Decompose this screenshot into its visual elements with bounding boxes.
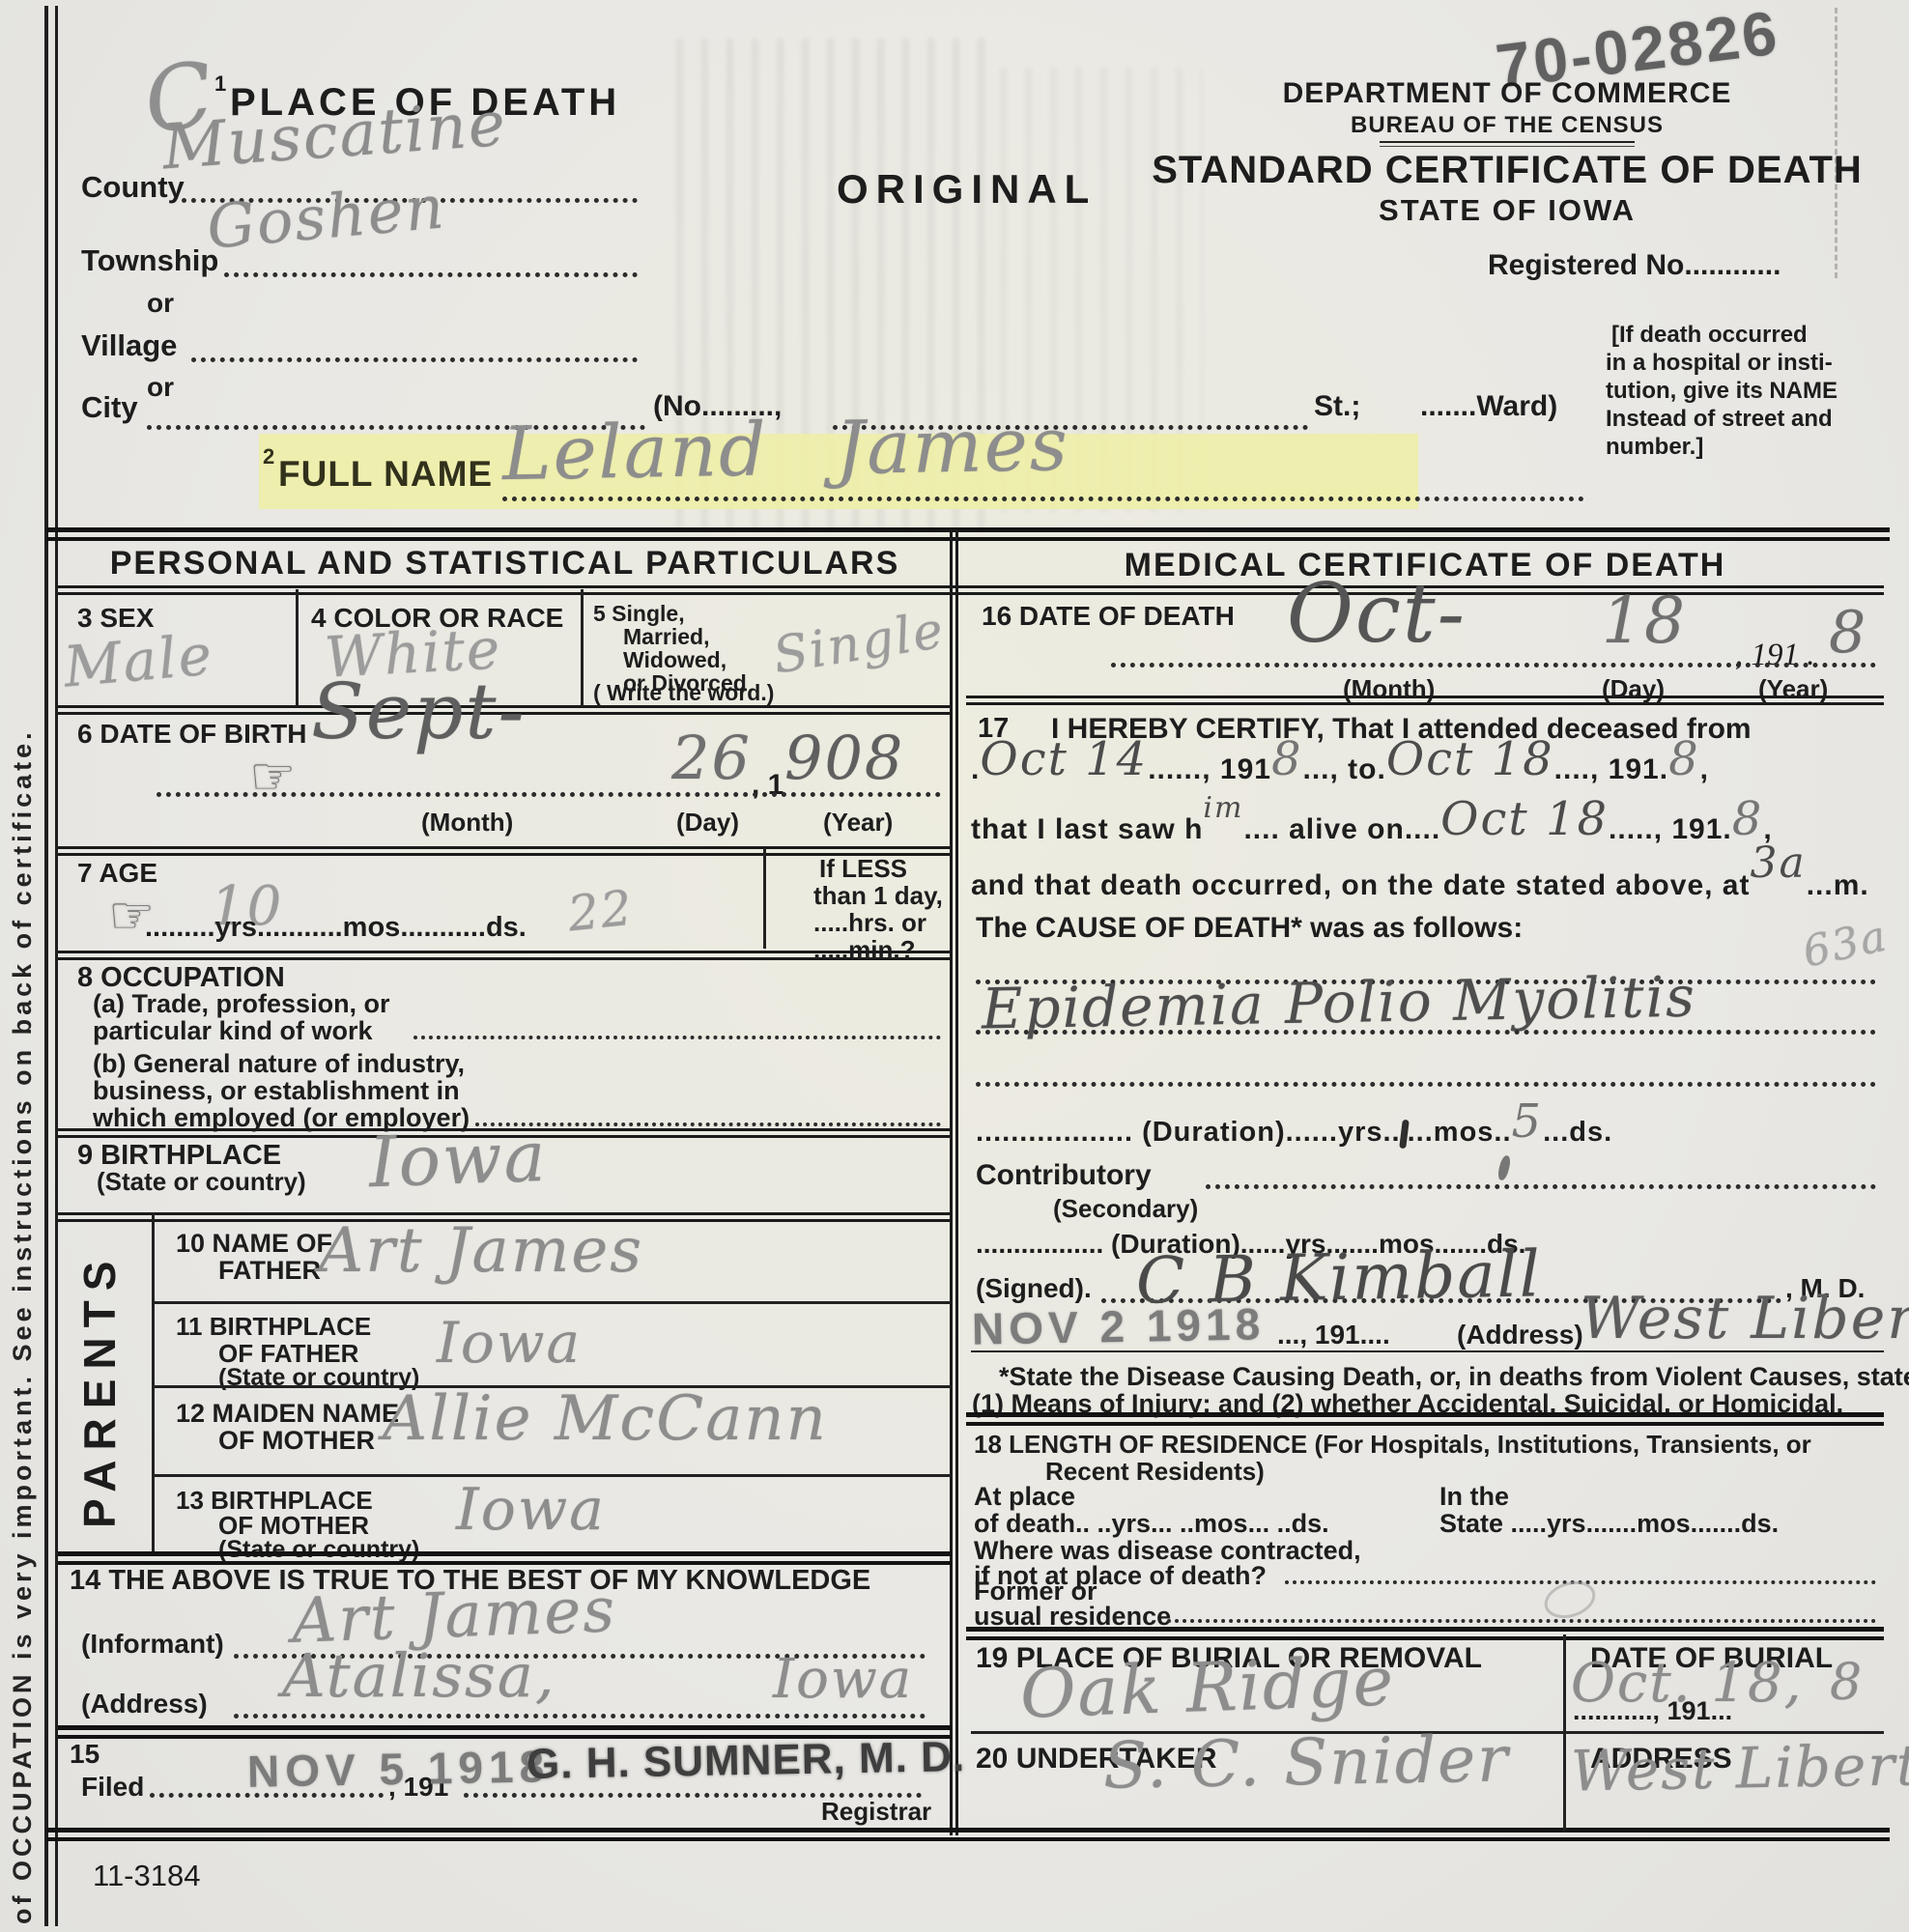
former-dotted-line [1167,1619,1876,1623]
in-state-label-1: In the [1439,1482,1509,1512]
place-of-death-superscript: 1 [214,71,226,97]
city-st-segment: St.; [1314,390,1360,423]
age-days-handwriting: 22 [565,880,636,943]
informant-address-label: (Address) [81,1689,208,1719]
certify-line-occurred: and that death occurred, on the date sta… [971,869,1869,902]
form-number: 11-3184 [93,1859,200,1893]
village-dotted-line [191,357,638,362]
fullname-value-handwriting: Leland James [501,401,1069,497]
residence-label-2: Recent Residents) [1045,1457,1265,1487]
occupation-a-line2: particular kind of work [93,1016,373,1046]
certificate-title: STANDARD CERTIFICATE OF DEATH [1121,149,1894,192]
secondary-label: (Secondary) [1053,1194,1198,1224]
dod-year-printed: , 191 . [1735,638,1815,673]
ink-mark [1496,1154,1512,1181]
filed-date-stamp: NOV 5 1918 [247,1740,551,1797]
undertaker-divider [1563,1734,1566,1831]
cause-duration-line: .................. (Duration)......yrs..… [976,1117,1612,1149]
township-label: Township [81,243,218,278]
dob-dotted-line [157,792,941,797]
age-units-line: .........yrs...........mos...........ds. [145,912,527,944]
bureau-underline [1380,141,1635,147]
informant-label: (Informant) [81,1629,224,1660]
footnote-line-1: *State the Disease Causing Death, or, in… [999,1362,1909,1392]
signed-date-stamp: NOV 2 1918 [972,1297,1266,1354]
filed-label: Filed [81,1772,144,1803]
fullname-dotted-line [502,497,1584,501]
from-year-handwriting: 8 [1271,732,1303,786]
cause-dotted-line-2 [976,1030,1876,1035]
dob-day-label: (Day) [676,808,739,838]
state-title: STATE OF IOWA [1121,193,1894,228]
dod-year-handwriting: 8 [1829,599,1867,667]
or-label-1: or [147,288,174,319]
village-label: Village [81,328,177,363]
parents-divider [152,1212,155,1552]
burial-place-handwriting: Oak Ridge [1019,1641,1397,1733]
physician-address-label: (Address) [1457,1320,1583,1350]
at-place-label-2: of death.. ..yrs... ..mos... ..ds. [974,1509,1329,1539]
father-birthplace-handwriting: Iowa [437,1310,582,1376]
physician-address-handwriting: West Liberty [1581,1285,1909,1352]
row-rule-thick [966,1412,1884,1426]
sex-value-handwriting: Male [61,621,215,699]
original-label: ORIGINAL [837,166,1097,213]
fullname-label: FULL NAME [278,454,493,495]
race-marital-divider [581,589,584,707]
him-handwriting: im [1203,791,1243,825]
father-name-handwriting: Art James [319,1215,643,1287]
center-column-divider [950,529,958,1835]
undertaker-address-handwriting: West Liberty [1570,1732,1909,1804]
margin-occupation-note: of OCCUPATION is very important. See ins… [8,728,38,1924]
pointing-hand-icon: ☞ [249,746,296,807]
cause-of-death-label: The CAUSE OF DEATH* was as follows: [976,912,1523,945]
section-divider-rule [46,527,1890,541]
attended-from-handwriting: Oct 14 [980,732,1148,786]
parents-vertical-label: PARENTS [73,1252,126,1528]
city-label: City [81,390,138,425]
pencil-code-63a: 63a [1799,911,1893,977]
dob-month-handwriting: Sept- [311,667,527,756]
registered-no-label: Registered No............ [1488,249,1781,282]
contributory-dotted-line [1206,1184,1876,1189]
lastseen-date-handwriting: Oct 18 [1440,792,1609,846]
sex-race-divider [296,589,299,707]
birthplace-sub-label: (State or country) [97,1167,306,1197]
registrar-label: Registrar [821,1797,931,1827]
row-rule [58,846,952,856]
attended-to-handwriting: Oct 18 [1386,732,1554,786]
cause-dotted-line-3 [976,1082,1876,1087]
bureau-line: BUREAU OF THE CENSUS [1237,112,1778,139]
dob-year-handwriting: 908 [784,723,904,793]
father-name-label-1: 10 NAME OF [176,1229,332,1259]
bottom-rule [46,1828,1890,1841]
left-page-border [44,6,58,1926]
informant-address-handwriting-1: Atalissa, [282,1640,556,1711]
in-state-label-2: State .....yrs.......mos.......ds. [1439,1509,1779,1539]
certify-line-lastseen: that I last saw him.... alive on....Oct … [971,813,1773,846]
dod-label: 16 DATE OF DEATH [982,601,1235,632]
death-time-handwriting: 3a [1750,838,1806,888]
fullname-superscript: 2 [263,444,274,469]
township-value-handwriting: Goshen [204,171,448,262]
left-section-title: PERSONAL AND STATISTICAL PARTICULARS [58,545,952,582]
parents-row-rule [152,1301,952,1304]
dod-month-handwriting: Oct- [1287,566,1467,661]
or-label-2: or [147,372,174,403]
township-dotted-line [224,272,638,277]
burial-divider [1563,1634,1566,1733]
residence-label-1: 18 LENGTH OF RESIDENCE (For Hospitals, I… [974,1430,1811,1460]
right-margin-dashed-line [1835,8,1838,278]
birthplace-value-handwriting: Iowa [368,1116,549,1203]
row-rule [58,951,952,960]
dod-day-handwriting: 18 [1602,583,1687,658]
death-certificate-scan: of OCCUPATION is very important. See ins… [0,0,1909,1932]
address-dotted-line [234,1714,926,1719]
father-birthplace-label-1: 11 BIRTHPLACE [176,1312,371,1342]
department-line: DEPARTMENT OF COMMERCE [1237,77,1778,110]
undertaker-handwriting: S. C. Snider [1102,1721,1510,1803]
dob-year-label: (Year) [823,808,893,838]
mother-maiden-handwriting: Allie McCann [383,1383,828,1455]
mother-birthplace-handwriting: Iowa [456,1476,606,1544]
signed-label: (Signed). [976,1273,1092,1304]
dob-day-handwriting: 26 [671,723,752,793]
occupation-b-line1: (b) General nature of industry, [93,1049,465,1079]
father-name-label-2: FATHER [218,1256,321,1286]
mother-maiden-label-1: 12 MAIDEN NAME [176,1399,399,1429]
contributory-label: Contributory [976,1159,1152,1192]
age-ifless-divider [763,848,766,949]
city-ward-segment: .......Ward) [1420,390,1557,423]
burial-date-printed-line: ..........., 191... [1573,1696,1732,1726]
informant-address-handwriting-2: Iowa [773,1648,913,1711]
occupation-b-line2: business, or establishment in [93,1076,460,1106]
dob-month-label: (Month) [421,808,513,838]
occupation-a-dotted [413,1036,941,1039]
at-place-label-1: At place [974,1482,1075,1512]
dod-dotted-line [1111,663,1876,668]
row-rule-thick [58,1551,952,1565]
to-year-handwriting: 8 [1668,732,1700,786]
registrar-name-stamp: G. H. SUMNER, M. D. [527,1733,966,1789]
row-rule [966,696,1884,705]
mother-maiden-label-2: OF MOTHER [218,1426,375,1456]
duration-days-handwriting: 5 [1512,1094,1544,1149]
occupation-a-line1: (a) Trade, profession, or [93,989,390,1019]
marital-value-handwriting: Single [769,601,949,685]
burial-date-year-handwriting: 8 [1830,1654,1864,1712]
row-rule-thick [966,1627,1884,1640]
signed-year-printed: ..., 191.... [1277,1320,1390,1350]
filed-number: 15 [70,1739,100,1770]
footnote-rule [971,1350,1884,1352]
certify-line-attended: .Oct 14......, 1918..., to.Oct 18...., 1… [971,753,1709,786]
